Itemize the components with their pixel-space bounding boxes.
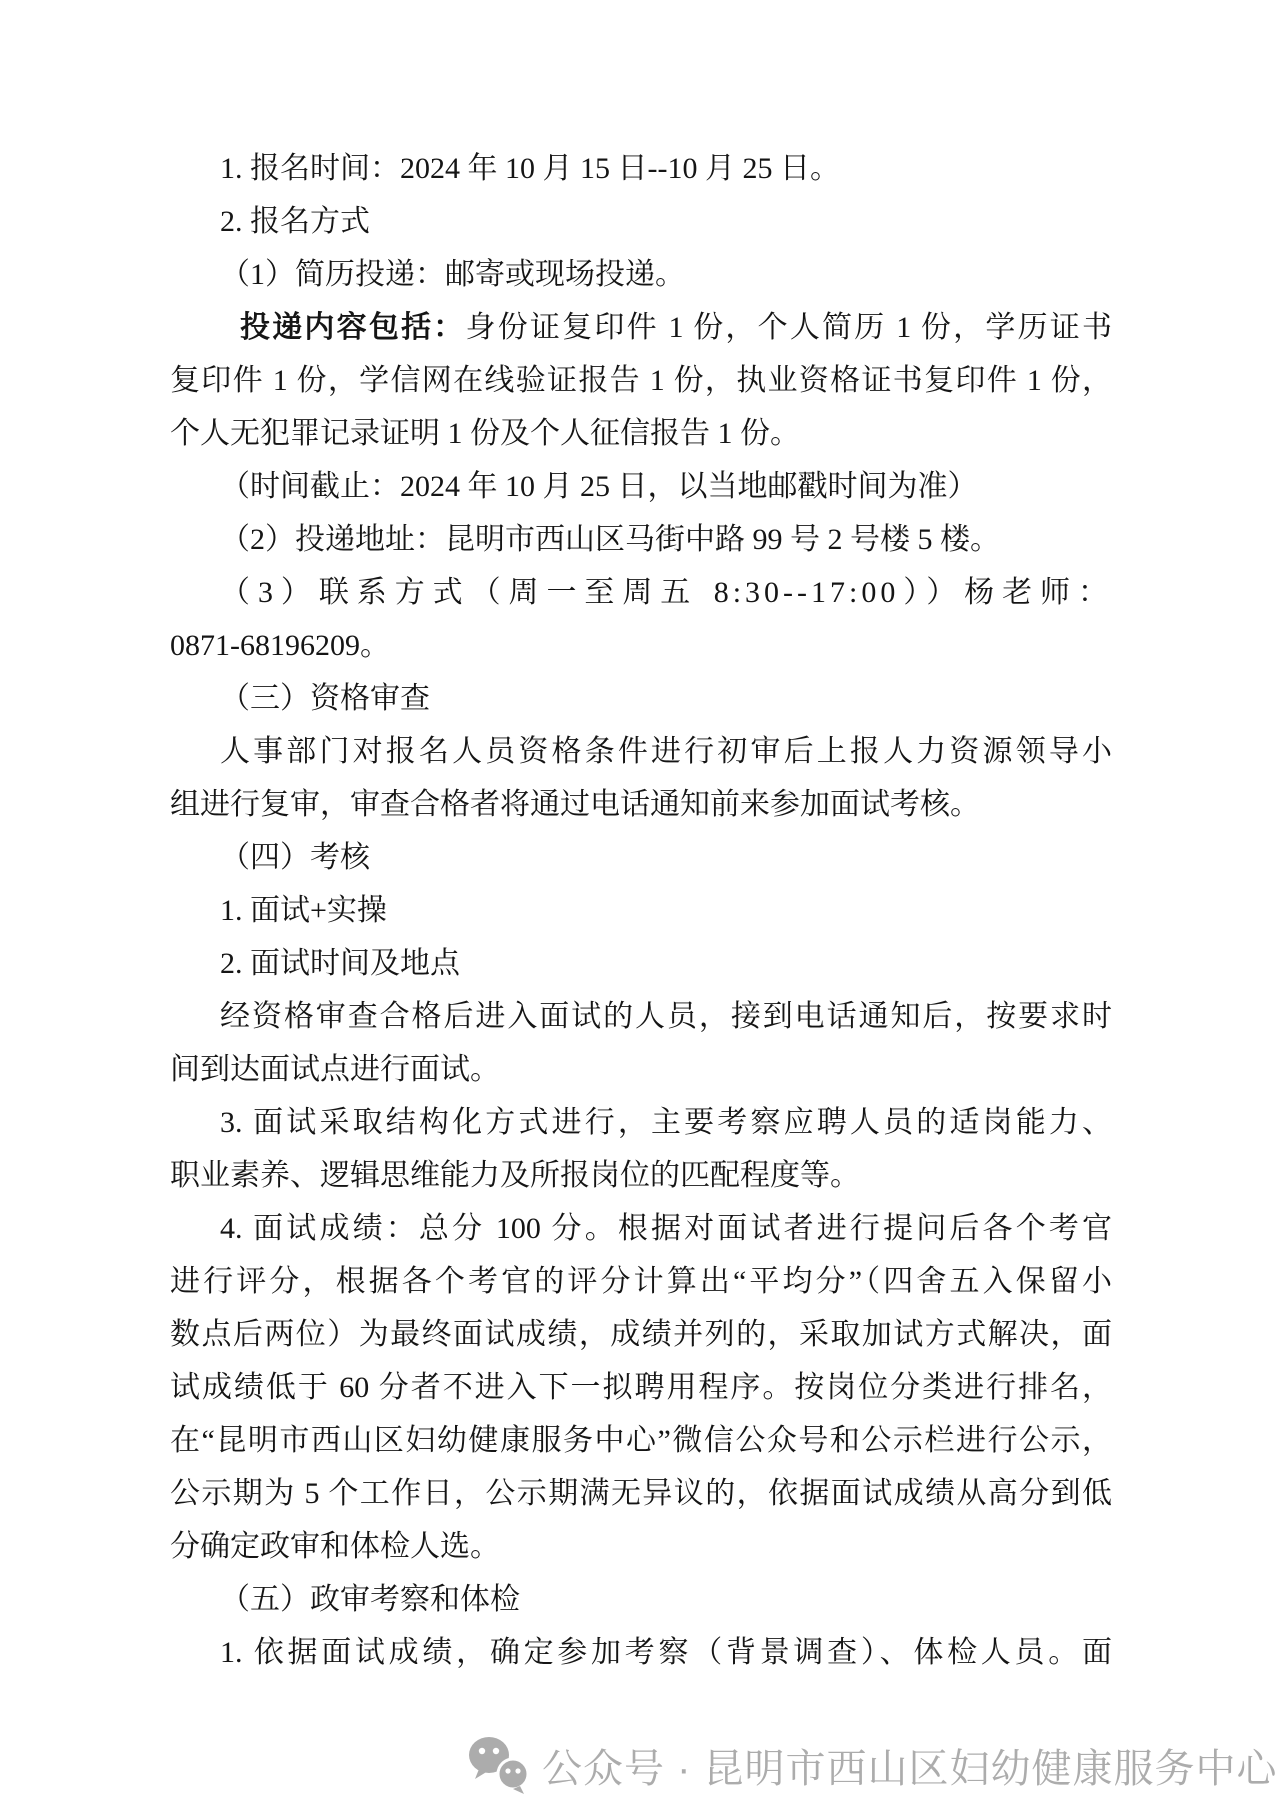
phone-number-line: 0871-68196209。 — [170, 619, 1112, 672]
document-line: 试成绩低于 60 分者不进入下一拟聘用程序。按岗位分类进行排名， — [170, 1361, 1112, 1414]
section-heading: （四）考核 — [170, 831, 1112, 884]
document-line: 分确定政审和体检人选。 — [170, 1520, 1112, 1573]
document-body: 1. 报名时间：2024 年 10 月 15 日--10 月 25 日。 2. … — [170, 142, 1112, 1679]
document-line: （2）投递地址：昆明市西山区马街中路 99 号 2 号楼 5 楼。 — [170, 513, 1112, 566]
contact-line: （3）联系方式（周一至周五 8:30--17:00））杨老师： — [170, 566, 1112, 619]
document-line: 3. 面试采取结构化方式进行，主要考察应聘人员的适岗能力、 — [170, 1096, 1112, 1149]
document-line: 经资格审查合格后进入面试的人员，接到电话通知后，按要求时 — [170, 990, 1112, 1043]
wechat-icon — [468, 1736, 530, 1794]
document-line: 2. 面试时间及地点 — [170, 937, 1112, 990]
section-heading: （三）资格审查 — [170, 672, 1112, 725]
watermark-text: 公众号 · 昆明市西山区妇幼健康服务中心 — [542, 1737, 1278, 1794]
document-line: 间到达面试点进行面试。 — [170, 1043, 1112, 1096]
document-line: 1. 依据面试成绩，确定参加考察（背景调查）、体检人员。面 — [170, 1626, 1112, 1679]
document-line: 1. 报名时间：2024 年 10 月 15 日--10 月 25 日。 — [170, 142, 1112, 195]
document-line: （时间截止：2024 年 10 月 25 日，以当地邮戳时间为准） — [170, 460, 1112, 513]
section-heading: （五）政审考察和体检 — [170, 1573, 1112, 1626]
document-line: （1）简历投递：邮寄或现场投递。 — [170, 248, 1112, 301]
document-line: 个人无犯罪记录证明 1 份及个人征信报告 1 份。 — [170, 407, 1112, 460]
line-text: 身份证复印件 1 份，个人简历 1 份，学历证书 — [466, 311, 1113, 344]
document-line: 组进行复审，审查合格者将通过电话通知前来参加面试考核。 — [170, 778, 1112, 831]
document-line: 4. 面试成绩：总分 100 分。根据对面试者进行提问后各个考官 — [170, 1202, 1112, 1255]
document-line: 人事部门对报名人员资格条件进行初审后上报人力资源领导小 — [170, 725, 1112, 778]
document-line: 进行评分，根据各个考官的评分计算出“平均分”（四舍五入保留小 — [170, 1255, 1112, 1308]
document-line: 在“昆明市西山区妇幼健康服务中心”微信公众号和公示栏进行公示， — [170, 1414, 1112, 1467]
document-line: 数点后两位）为最终面试成绩，成绩并列的，采取加试方式解决，面 — [170, 1308, 1112, 1361]
bold-emphasis: 投递内容包括： — [240, 311, 466, 344]
document-line: 投递内容包括：身份证复印件 1 份，个人简历 1 份，学历证书 — [170, 301, 1112, 354]
document-line: 职业素养、逻辑思维能力及所报岗位的匹配程度等。 — [170, 1149, 1112, 1202]
wechat-watermark: 公众号 · 昆明市西山区妇幼健康服务中心 — [468, 1736, 1278, 1794]
document-line: 公示期为 5 个工作日，公示期满无异议的，依据面试成绩从高分到低 — [170, 1467, 1112, 1520]
document-line: 2. 报名方式 — [170, 195, 1112, 248]
document-line: 1. 面试+实操 — [170, 884, 1112, 937]
document-line: 复印件 1 份，学信网在线验证报告 1 份，执业资格证书复印件 1 份， — [170, 354, 1112, 407]
